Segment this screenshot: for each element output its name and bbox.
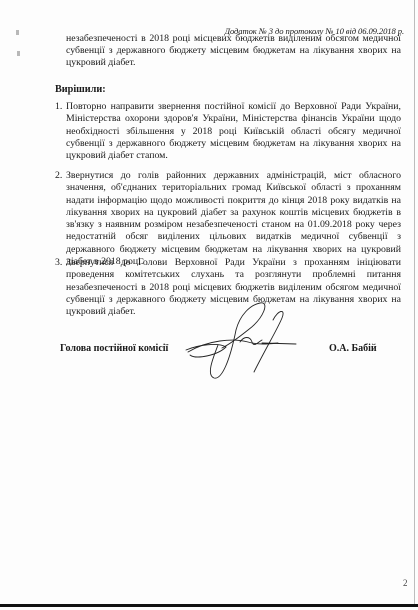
- document-page: Додаток № 3 до протоколу № 10 від 06.09.…: [0, 0, 418, 610]
- item-text: Повторно направити звернення постійної к…: [66, 101, 401, 162]
- resolved-heading: Вирішили:: [55, 84, 106, 95]
- item-number: 2.: [55, 170, 66, 182]
- signatory-title: Голова постійної комісії: [60, 343, 168, 354]
- page-edge-bottom: [0, 604, 418, 607]
- resolution-item: 1. Повторно направити звернення постійно…: [55, 101, 401, 162]
- item-text: Звернутися до голів районних державних а…: [66, 170, 401, 268]
- signature-icon: [178, 300, 298, 380]
- signatory-name: О.А. Бабій: [329, 343, 377, 354]
- page-number: 2: [403, 578, 408, 588]
- item-number: 3.: [55, 257, 66, 269]
- margin-mark: [16, 30, 19, 35]
- resolution-item: 2. Звернутися до голів районних державни…: [55, 170, 401, 268]
- intro-paragraph: незабезпеченості в 2018 році місцевих бю…: [66, 33, 401, 69]
- item-number: 1.: [55, 101, 66, 113]
- page-edge-right: [414, 0, 415, 605]
- margin-mark: [17, 51, 20, 56]
